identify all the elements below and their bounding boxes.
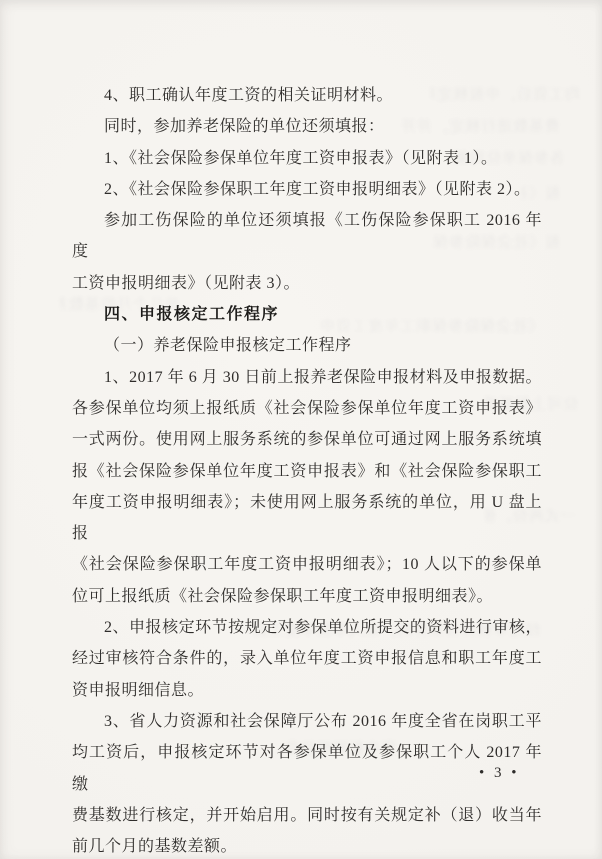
text-line: 《社会保险参保职工年度工资申报明细表》；10 人以下的参保单 [72,549,542,580]
text-line: 同时，参加养老保险的单位还须填报： [72,111,542,142]
text-line: 报《社会保险参保单位年度工资申报表》和《社会保险参保职工 [72,456,542,487]
text-line: 一式两份。使用网上服务系统的参保单位可通过网上服务系统填 [72,424,542,455]
text-line: 费基数进行核定，并开始启用。同时按有关规定补（退）收当年 [72,800,542,831]
page-number: • 3 • [479,765,520,782]
text-line: 均工资后，申报核定环节对各参保单位及参保职工个人 2017 年缴 [72,737,542,800]
document-body: 4、职工确认年度工资的相关证明材料。 同时，参加养老保险的单位还须填报： 1、《… [72,80,542,859]
text-line: 1、《社会保险参保单位年度工资申报表》（见附表 1）。 [72,143,542,174]
text-line: 工资申报明细表》（见附表 3）。 [72,268,542,299]
text-line: 参加工伤保险的单位还须填报《工伤保险参保职工 2016 年度 [72,205,542,268]
subsection-heading: （一）养老保险申报核定工作程序 [72,330,542,361]
text-line: 前几个月的基数差额。 [72,831,542,859]
text-line: 2、申报核定环节按规定对参保单位所提交的资料进行审核， [72,612,542,643]
scanned-document-page: 均工资后，申报核定环节对各参保单位及参保职工个人 2017 年缴费基数进行核定，… [0,0,602,859]
text-line: 2、《社会保险参保职工年度工资申报明细表》（见附表 2）。 [72,174,542,205]
text-line: 年度工资申报明细表》；未使用网上服务系统的单位，用 U 盘上报 [72,487,542,550]
section-heading: 四、申报核定工作程序 [72,299,542,330]
text-line: 资申报明细信息。 [72,675,542,706]
text-line: 经过审核符合条件的，录入单位年度工资申报信息和职工年度工 [72,643,542,674]
text-line: 各参保单位均须上报纸质《社会保险参保单位年度工资申报表》 [72,393,542,424]
text-line: 1、2017 年 6 月 30 日前上报养老保险申报材料及申报数据。 [72,362,542,393]
text-line: 位可上报纸质《社会保险参保职工年度工资申报明细表》。 [72,581,542,612]
text-line: 3、省人力资源和社会保障厅公布 2016 年度全省在岗职工平 [72,706,542,737]
text-line: 4、职工确认年度工资的相关证明材料。 [72,80,542,111]
